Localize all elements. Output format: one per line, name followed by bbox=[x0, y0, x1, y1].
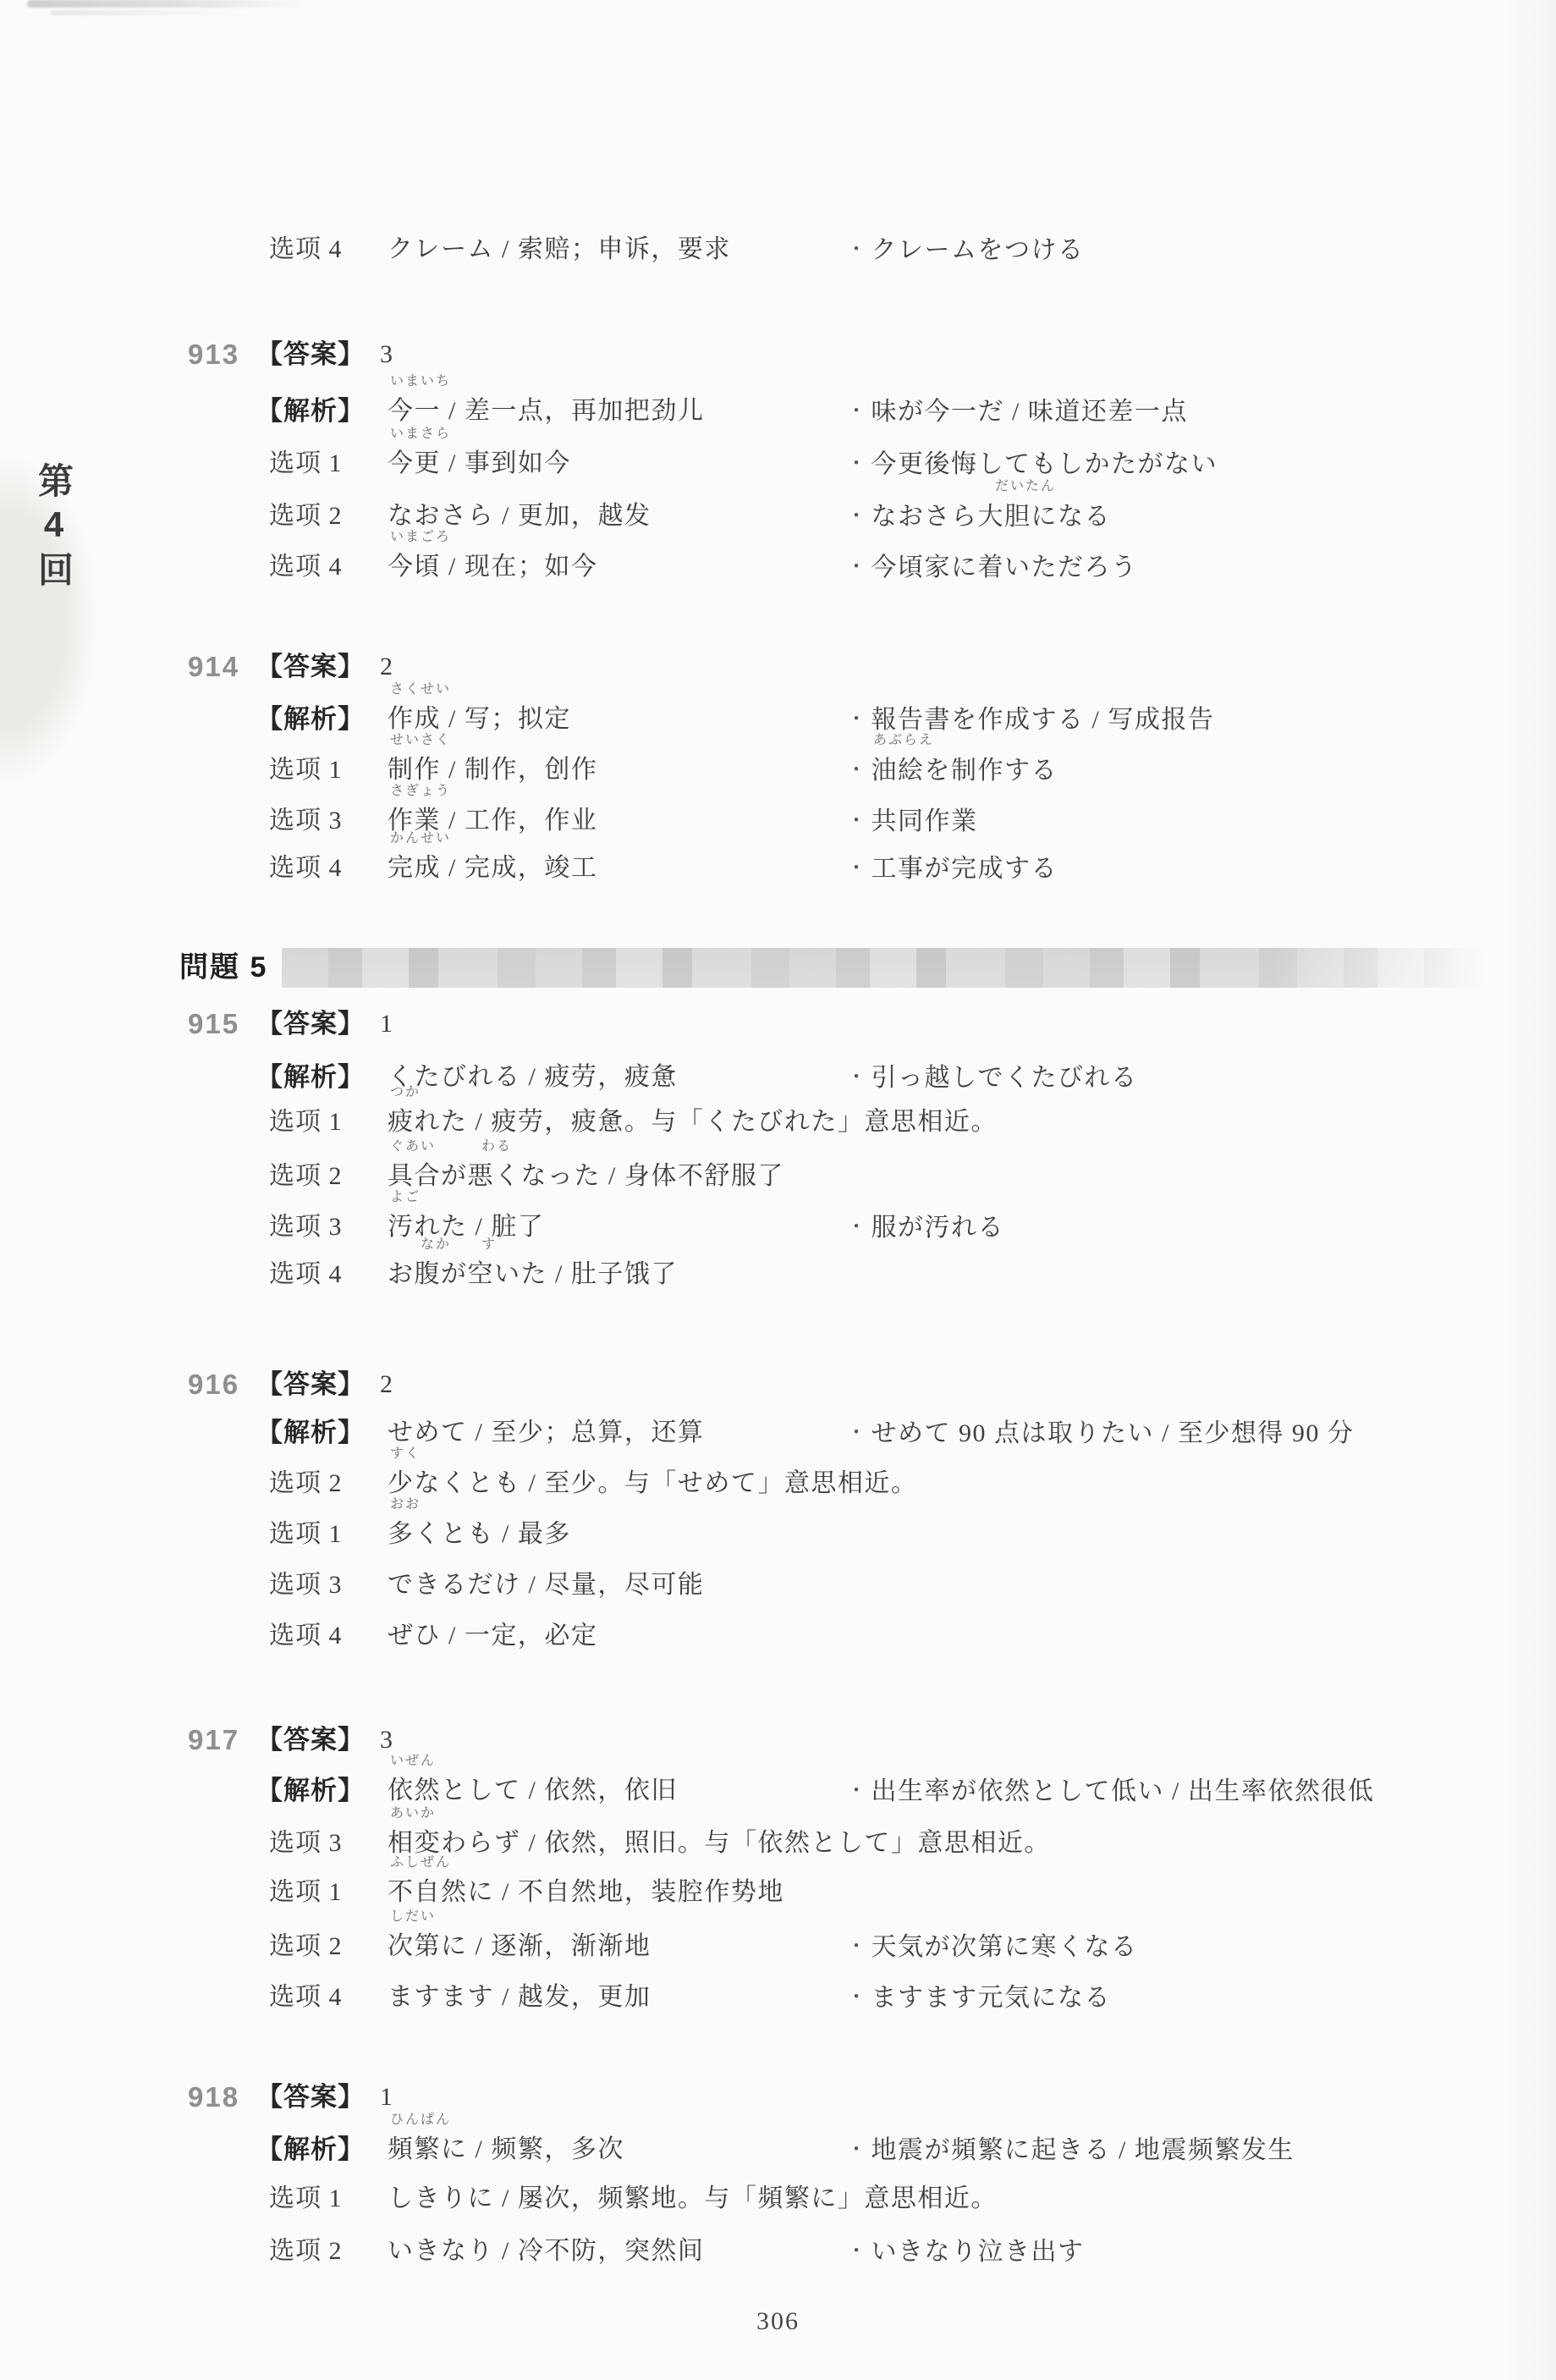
answer-row: 916 【答案】 2 bbox=[0, 1369, 1556, 1402]
entry-label: 选项 1 bbox=[269, 1106, 343, 1138]
item-number: 918 bbox=[188, 2081, 239, 2113]
bullet-dot-icon: ・ bbox=[846, 556, 868, 578]
furigana: いまごろ bbox=[390, 531, 451, 544]
bullet-dot-icon: ・ bbox=[846, 1936, 868, 1958]
entry-label: 选项 2 bbox=[269, 1160, 343, 1193]
entry-row: 选项 3 さぎょう 作業 / 工作，作业 ・共同作業 bbox=[0, 805, 1556, 839]
bullet-dot-icon: ・ bbox=[846, 400, 868, 422]
answer-row: 918 【答案】 1 bbox=[0, 2081, 1556, 2115]
entry-text: くたびれる / 疲劳，疲惫 bbox=[388, 1061, 678, 1094]
entry-text: 少なくとも / 至少。与「せめて」意思相近。 bbox=[388, 1468, 917, 1500]
furigana: せいさく bbox=[390, 734, 451, 747]
entry-row: 选项 1 せいさく 制作 / 制作，创作 あぶらえ ・油絵を制作する bbox=[0, 754, 1556, 788]
answer-value: 3 bbox=[380, 339, 393, 371]
answer-row: 917 【答案】 3 bbox=[0, 1724, 1556, 1758]
bullet-dot-icon: ・ bbox=[846, 1066, 868, 1088]
entry-example: ・今更後悔してもしかたがない bbox=[846, 448, 1218, 481]
entry-row: 选项 3 できるだけ / 尽量，尽可能 bbox=[0, 1569, 1556, 1603]
entry-label: 选项 2 bbox=[269, 500, 343, 532]
entry-text: 完成 / 完成，竣工 bbox=[388, 852, 597, 884]
entry-row: 选项 1 ふしぜん 不自然に / 不自然地，装腔作势地 bbox=[0, 1876, 1556, 1910]
entry-text: お腹が空いた / 肚子饿了 bbox=[388, 1259, 678, 1291]
entry-example-text: せめて 90 点は取りたい / 至少想得 90 分 bbox=[871, 1419, 1355, 1447]
entry-row: 选项 1 おお 多くとも / 最多 bbox=[0, 1518, 1556, 1552]
entry-example: ・せめて 90 点は取りたい / 至少想得 90 分 bbox=[846, 1417, 1354, 1450]
entry-row: 选项 2 いきなり / 冷不防，突然间 ・いきなり泣き出す bbox=[0, 2235, 1556, 2269]
bullet-dot-icon: ・ bbox=[846, 2240, 868, 2262]
entry-label: 选项 1 bbox=[269, 1876, 343, 1909]
entry-text: せめて / 至少；总算，还算 bbox=[388, 1417, 704, 1449]
entry-example-text: 引っ越しでくたびれる bbox=[871, 1064, 1138, 1092]
entry-row: 选项 1 つか 疲れた / 疲劳，疲惫。与「くたびれた」意思相近。 bbox=[0, 1106, 1556, 1140]
entry-row: 【解析】 くたびれる / 疲劳，疲惫 ・引っ越しでくたびれる bbox=[0, 1061, 1556, 1095]
furigana: ひんぱん bbox=[390, 2113, 451, 2127]
item-number: 915 bbox=[188, 1008, 239, 1040]
entry-example: ・なおさら大胆になる bbox=[846, 500, 1111, 533]
entry-text: 作成 / 写；拟定 bbox=[388, 703, 571, 735]
entry-text: しきりに / 屡次，频繁地。与「頻繁に」意思相近。 bbox=[388, 2183, 998, 2215]
entry-example-text: 共同作業 bbox=[871, 807, 978, 835]
entry-label: 选项 1 bbox=[269, 448, 343, 480]
entry-row: 选项 4 ますます / 越发，更加 ・ますます元気になる bbox=[0, 1981, 1556, 2015]
entry-example-text: なおさら大胆になる bbox=[871, 503, 1112, 531]
answer-value: 3 bbox=[380, 1724, 393, 1756]
item-number: 914 bbox=[188, 651, 239, 683]
entry-label: 【解析】 bbox=[256, 703, 365, 735]
item-number: 916 bbox=[188, 1369, 239, 1401]
entry-label: 选项 4 bbox=[269, 234, 343, 266]
entry-row: 选项 2 なおさら / 更加，越发 だいたん ・なおさら大胆になる bbox=[0, 500, 1556, 534]
entry-text: 具合が悪くなった / 身体不舒服了 bbox=[388, 1160, 784, 1193]
answer-value: 2 bbox=[380, 651, 393, 683]
furigana: あいか bbox=[390, 1807, 436, 1821]
furigana: だいたん bbox=[873, 480, 1056, 493]
entry-text: できるだけ / 尽量，尽可能 bbox=[388, 1569, 704, 1601]
entry-example-text: 報告書を作成する / 写成报告 bbox=[871, 706, 1215, 734]
entry-text: 疲れた / 疲劳，疲惫。与「くたびれた」意思相近。 bbox=[388, 1106, 998, 1138]
entry-label: 选项 3 bbox=[269, 1827, 343, 1859]
entry-example: ・報告書を作成する / 写成报告 bbox=[846, 703, 1214, 736]
entry-row: 选项 1 いまさら 今更 / 事到如今 ・今更後悔してもしかたがない bbox=[0, 448, 1556, 482]
entry-example: ・服が汚れる bbox=[846, 1211, 1004, 1244]
entry-label: 【解析】 bbox=[256, 1775, 365, 1807]
entry-row: 选项 4 いまごろ 今頃 / 现在；如今 ・今頃家に着いただろう bbox=[0, 551, 1556, 585]
entry-text: 相変わらず / 依然，照旧。与「依然として」意思相近。 bbox=[388, 1827, 1051, 1859]
furigana: さぎょう bbox=[390, 785, 451, 798]
bullet-dot-icon: ・ bbox=[846, 1422, 868, 1444]
entry-example: ・味が今一だ / 味道还差一点 bbox=[846, 395, 1188, 428]
answer-value: 1 bbox=[380, 2081, 393, 2113]
entry-example-text: 今更後悔してもしかたがない bbox=[871, 450, 1218, 478]
entry-example-text: 地震が頻繁に起きる / 地震频繁发生 bbox=[871, 2136, 1295, 2164]
entry-label: 选项 2 bbox=[269, 2235, 343, 2267]
entry-text: ますます / 越发，更加 bbox=[388, 1981, 651, 2014]
answer-label: 【答案】 bbox=[256, 651, 365, 683]
bullet-dot-icon: ・ bbox=[846, 505, 868, 527]
entry-example-text: ますます元気になる bbox=[871, 1984, 1112, 2012]
entry-row: 选项 3 よご 汚れた / 脏了 ・服が汚れる bbox=[0, 1211, 1556, 1245]
bullet-dot-icon: ・ bbox=[846, 453, 868, 475]
item-number: 913 bbox=[188, 339, 239, 371]
furigana: ぐあい わる bbox=[390, 1140, 512, 1154]
entry-label: 【解析】 bbox=[256, 395, 365, 427]
bullet-dot-icon: ・ bbox=[846, 1780, 868, 1802]
entry-row: 【解析】 いまいち 今一 / 差一点，再加把劲儿 ・味が今一だ / 味道还差一点 bbox=[0, 395, 1556, 429]
entry-row: 【解析】 せめて / 至少；总算，还算 ・せめて 90 点は取りたい / 至少想… bbox=[0, 1417, 1556, 1451]
entry-label: 选项 4 bbox=[269, 1981, 343, 2014]
item-number: 917 bbox=[188, 1724, 239, 1756]
furigana: いまいち bbox=[390, 375, 451, 388]
entry-label: 选项 2 bbox=[269, 1931, 343, 1963]
entry-text: 不自然に / 不自然地，装腔作势地 bbox=[388, 1876, 784, 1909]
entry-label: 选项 3 bbox=[269, 805, 343, 837]
furigana: いぜん bbox=[390, 1755, 436, 1768]
entry-text: ぜひ / 一定，必定 bbox=[388, 1620, 597, 1652]
answer-label: 【答案】 bbox=[256, 1008, 365, 1040]
entry-label: 【解析】 bbox=[256, 1417, 365, 1449]
entry-text: いきなり / 冷不防，突然间 bbox=[388, 2235, 704, 2267]
entry-label: 【解析】 bbox=[256, 1061, 365, 1094]
furigana: おお bbox=[390, 1498, 421, 1512]
bullet-dot-icon: ・ bbox=[846, 708, 868, 730]
entry-label: 选项 4 bbox=[269, 551, 343, 583]
entry-label: 选项 2 bbox=[269, 1468, 343, 1500]
furigana: いまさら bbox=[390, 427, 451, 441]
entry-example: ・共同作業 bbox=[846, 805, 978, 838]
answer-row: 915 【答案】 1 bbox=[0, 1008, 1556, 1042]
problem-header-label: 問題 5 bbox=[179, 948, 267, 987]
entry-label: 选项 4 bbox=[269, 1259, 343, 1291]
entry-text: 多くとも / 最多 bbox=[388, 1518, 571, 1551]
entry-label: 选项 3 bbox=[269, 1569, 343, 1601]
entry-example: ・引っ越しでくたびれる bbox=[846, 1061, 1138, 1094]
answer-label: 【答案】 bbox=[256, 1724, 365, 1756]
answer-value: 2 bbox=[380, 1369, 393, 1401]
entry-text: クレーム / 索赔；申诉，要求 bbox=[388, 234, 731, 266]
answer-row: 913 【答案】 3 bbox=[0, 339, 1556, 372]
entry-example: ・出生率が依然として低い / 出生率依然很低 bbox=[846, 1775, 1374, 1808]
page-number: 306 bbox=[0, 2306, 1556, 2338]
entry-row: 选项 1 しきりに / 屡次，频繁地。与「頻繁に」意思相近。 bbox=[0, 2183, 1556, 2217]
entry-label: 选项 4 bbox=[269, 1620, 343, 1652]
entry-example-text: 工事が完成する bbox=[871, 855, 1058, 883]
furigana: つか bbox=[390, 1086, 421, 1099]
entry-example-text: 服が汚れる bbox=[871, 1214, 1005, 1242]
entry-row: 选项 2 すく 少なくとも / 至少。与「せめて」意思相近。 bbox=[0, 1468, 1556, 1501]
entry-example-text: いきなり泣き出す bbox=[871, 2238, 1085, 2266]
bullet-dot-icon: ・ bbox=[846, 1986, 868, 2008]
entry-text: なおさら / 更加，越发 bbox=[388, 500, 651, 532]
furigana: しだい bbox=[390, 1910, 436, 1924]
entry-text: 頻繁に / 频繁，多次 bbox=[388, 2134, 624, 2166]
answer-label: 【答案】 bbox=[256, 339, 365, 371]
entry-example-text: 油絵を制作する bbox=[871, 757, 1058, 785]
entry-text: 依然として / 依然，依旧 bbox=[388, 1775, 678, 1807]
bullet-dot-icon: ・ bbox=[846, 2139, 868, 2161]
entry-text: 今一 / 差一点，再加把劲儿 bbox=[388, 395, 704, 427]
entry-example: ・いきなり泣き出す bbox=[846, 2235, 1085, 2268]
furigana: ふしぜん bbox=[390, 1856, 451, 1870]
furigana: あぶらえ bbox=[873, 734, 934, 747]
entry-text: 次第に / 逐渐，渐渐地 bbox=[388, 1931, 651, 1963]
entry-row: 选项 3 あいか 相変わらず / 依然，照旧。与「依然として」意思相近。 bbox=[0, 1827, 1556, 1861]
entry-row: 选项 2 ぐあい わる 具合が悪くなった / 身体不舒服了 bbox=[0, 1160, 1556, 1194]
entry-label: 选项 1 bbox=[269, 1518, 343, 1551]
bullet-dot-icon: ・ bbox=[846, 759, 868, 781]
entry-example-text: 天気が次第に寒くなる bbox=[871, 1933, 1138, 1961]
entry-row: 选项 4 ぜひ / 一定，必定 bbox=[0, 1620, 1556, 1654]
problem-header-bar bbox=[282, 948, 1487, 988]
entry-example: ・クレームをつける bbox=[846, 234, 1085, 267]
entry-example: ・天気が次第に寒くなる bbox=[846, 1931, 1138, 1964]
scanned-book-page: 第4回 选项 4 クレーム / 索赔；申诉，要求 ・クレームをつける 913 【… bbox=[0, 0, 1556, 2380]
scan-smudge bbox=[51, 10, 237, 15]
entry-row: 【解析】 ひんぱん 頻繁に / 频繁，多次 ・地震が頻繁に起きる / 地震频繁发… bbox=[0, 2134, 1556, 2168]
answer-label: 【答案】 bbox=[256, 2081, 365, 2113]
entry-example: ・地震が頻繁に起きる / 地震频繁发生 bbox=[846, 2134, 1295, 2167]
entry-example-text: 今頃家に着いただろう bbox=[871, 554, 1138, 581]
scan-smudge bbox=[27, 0, 306, 8]
entry-example: ・ますます元気になる bbox=[846, 1981, 1111, 2014]
entry-row: 【解析】 いぜん 依然として / 依然，依旧 ・出生率が依然として低い / 出生… bbox=[0, 1775, 1556, 1809]
entry-text: 今頃 / 现在；如今 bbox=[388, 551, 597, 583]
entry-example-text: クレームをつける bbox=[871, 236, 1085, 264]
furigana: よご bbox=[390, 1191, 421, 1204]
entry-example: ・今頃家に着いただろう bbox=[846, 551, 1138, 584]
answer-value: 1 bbox=[380, 1008, 393, 1040]
bullet-dot-icon: ・ bbox=[846, 810, 868, 832]
entry-example: ・工事が完成する bbox=[846, 852, 1058, 885]
furigana: すく bbox=[390, 1447, 421, 1461]
entry-text: 制作 / 制作，创作 bbox=[388, 754, 597, 786]
entry-row: 选项 4 なか す お腹が空いた / 肚子饿了 bbox=[0, 1259, 1556, 1292]
entry-label: 选项 1 bbox=[269, 754, 343, 786]
bullet-dot-icon: ・ bbox=[846, 1216, 868, 1238]
furigana: さくせい bbox=[390, 683, 451, 697]
furigana: かんせい bbox=[390, 832, 451, 846]
furigana: なか す bbox=[390, 1238, 497, 1252]
chapter-side-tab: 第4回 bbox=[0, 421, 144, 862]
bullet-dot-icon: ・ bbox=[846, 239, 868, 261]
entry-example-text: 味が今一だ / 味道还差一点 bbox=[871, 398, 1188, 426]
bullet-dot-icon: ・ bbox=[846, 857, 868, 879]
entry-row: 选项 2 しだい 次第に / 逐渐，渐渐地 ・天気が次第に寒くなる bbox=[0, 1931, 1556, 1964]
entry-label: 【解析】 bbox=[256, 2134, 365, 2166]
entry-row: 选项 4 かんせい 完成 / 完成，竣工 ・工事が完成する bbox=[0, 852, 1556, 886]
answer-row: 914 【答案】 2 bbox=[0, 651, 1556, 685]
answer-label: 【答案】 bbox=[256, 1369, 365, 1401]
entry-label: 选项 1 bbox=[269, 2183, 343, 2215]
entry-example: ・油絵を制作する bbox=[846, 754, 1058, 787]
problem-header: 問題 5 bbox=[0, 948, 1556, 982]
entry-row: 选项 4 クレーム / 索赔；申诉，要求 ・クレームをつける bbox=[0, 234, 1556, 267]
entry-label: 选项 3 bbox=[269, 1211, 343, 1243]
entry-text: 今更 / 事到如今 bbox=[388, 448, 571, 480]
entry-label: 选项 4 bbox=[269, 852, 343, 884]
entry-example-text: 出生率が依然として低い / 出生率依然很低 bbox=[871, 1777, 1375, 1805]
entry-row: 【解析】 さくせい 作成 / 写；拟定 ・報告書を作成する / 写成报告 bbox=[0, 703, 1556, 737]
